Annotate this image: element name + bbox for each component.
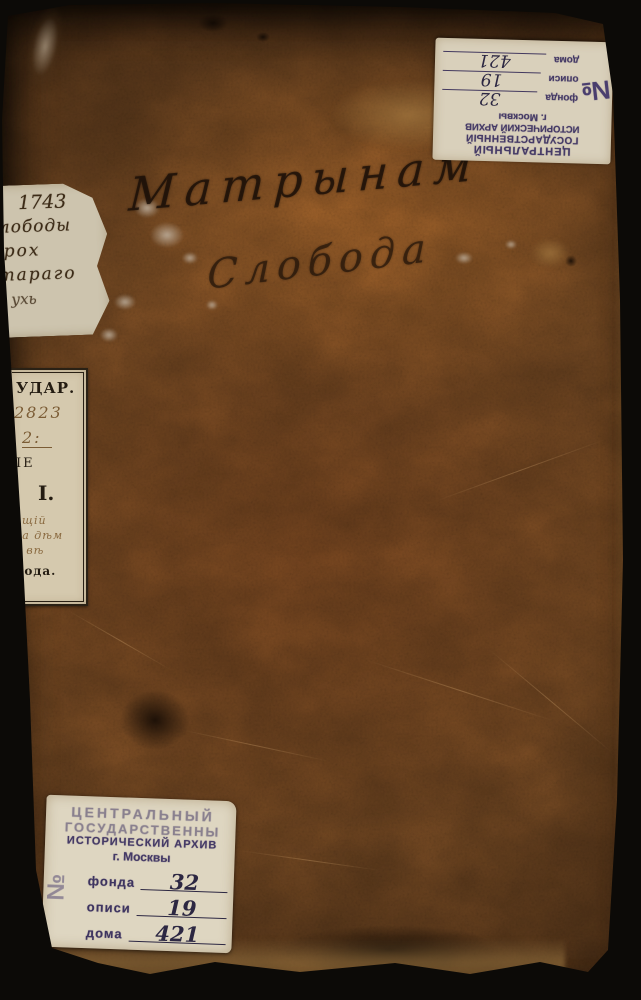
- handwritten-paper-strip: 1743 лободы рох тараго ухь: [0, 182, 111, 338]
- printed-label-inner-border: УДАР. 2823 2: ІЕ I. лщій на дѣм б вѣ год…: [12, 372, 84, 602]
- dom-row: дома 421: [443, 51, 579, 73]
- printed-spine-label: УДАР. 2823 2: ІЕ I. лщій на дѣм б вѣ год…: [10, 368, 88, 606]
- worm-hole: [565, 255, 577, 267]
- handwritten-title-line2: Слобода: [207, 207, 577, 299]
- dom-label: дома: [86, 925, 123, 941]
- fond-value: 32: [442, 89, 538, 106]
- stain: [198, 14, 228, 32]
- archive-label-bottom-left: ЦЕНТРАЛЬНЫЙ ГОСУДАРСТВЕННЫ ИСТОРИЧЕСКИЙ …: [41, 795, 236, 954]
- scratch: [68, 610, 172, 671]
- opis-row: описи 19: [442, 70, 578, 92]
- right-edge-highlight: [613, 20, 627, 960]
- archival-book-cover-photo: Матрынам Слобода ЦЕНТРАЛЬНЫЙ ГОСУДАРСТВЕ…: [0, 0, 641, 1000]
- paint-speck: [206, 300, 218, 310]
- stain: [120, 690, 190, 750]
- paint-speck: [182, 252, 198, 264]
- leather-cover: Матрынам Слобода ЦЕНТРАЛЬНЫЙ ГОСУДАРСТВЕ…: [0, 0, 641, 1000]
- archive-label-top-right: ЦЕНТРАЛЬНЫЙ ГОСУДАРСТВЕННЫЙ ИСТОРИЧЕСКИЙ…: [432, 38, 613, 165]
- dom-label: дома: [554, 54, 579, 66]
- strip-line3: рох: [3, 236, 108, 264]
- number-sign-stamp: №: [42, 873, 71, 901]
- dom-value: 421: [443, 51, 546, 69]
- printed-word-fragment: УДАР.: [16, 379, 81, 397]
- scratch: [182, 729, 329, 761]
- opis-label: описи: [548, 73, 578, 85]
- fond-row: фонда 32: [442, 89, 578, 111]
- paint-speck: [114, 294, 136, 310]
- paint-speck: [150, 222, 184, 248]
- printed-goda-word: года.: [16, 564, 81, 578]
- fond-label: фонда: [87, 873, 135, 890]
- opis-value: 19: [442, 70, 540, 88]
- fond-value: 32: [141, 872, 228, 893]
- printed-roman-numeral: I.: [38, 481, 81, 505]
- stain: [256, 32, 270, 42]
- paint-speck: [455, 252, 473, 264]
- opis-row: описи 19: [87, 890, 228, 919]
- fond-label: фонда: [545, 92, 578, 104]
- strip-year: 1743: [18, 188, 107, 215]
- paint-speck: [134, 198, 160, 218]
- handwritten-number: 2823: [14, 403, 81, 422]
- scratch: [365, 659, 556, 722]
- scratch: [435, 439, 604, 502]
- dom-row: дома 421: [86, 916, 227, 945]
- scratch: [241, 850, 380, 870]
- handwritten-title: Матрынам Слобода: [128, 148, 578, 276]
- handwritten-number2: 2:: [22, 428, 52, 448]
- handwritten-scribble3: б вѣ: [14, 543, 81, 558]
- opis-label: описи: [87, 899, 132, 916]
- handwritten-scribble2: на дѣм: [14, 528, 81, 543]
- fond-row: фонда 32: [87, 864, 228, 893]
- paint-speck: [100, 328, 118, 342]
- paint-speck: [505, 240, 517, 249]
- scratch: [488, 649, 611, 753]
- strip-line5: ухь: [11, 284, 110, 311]
- handwritten-scribble1: лщій: [14, 513, 81, 528]
- stain: [530, 238, 570, 268]
- printed-word-fragment2: ІЕ: [16, 456, 81, 471]
- opis-value: 19: [137, 898, 228, 919]
- number-sign-stamp: №: [580, 73, 612, 107]
- corner-damage: [20, 1, 71, 91]
- dom-value: 421: [128, 924, 226, 945]
